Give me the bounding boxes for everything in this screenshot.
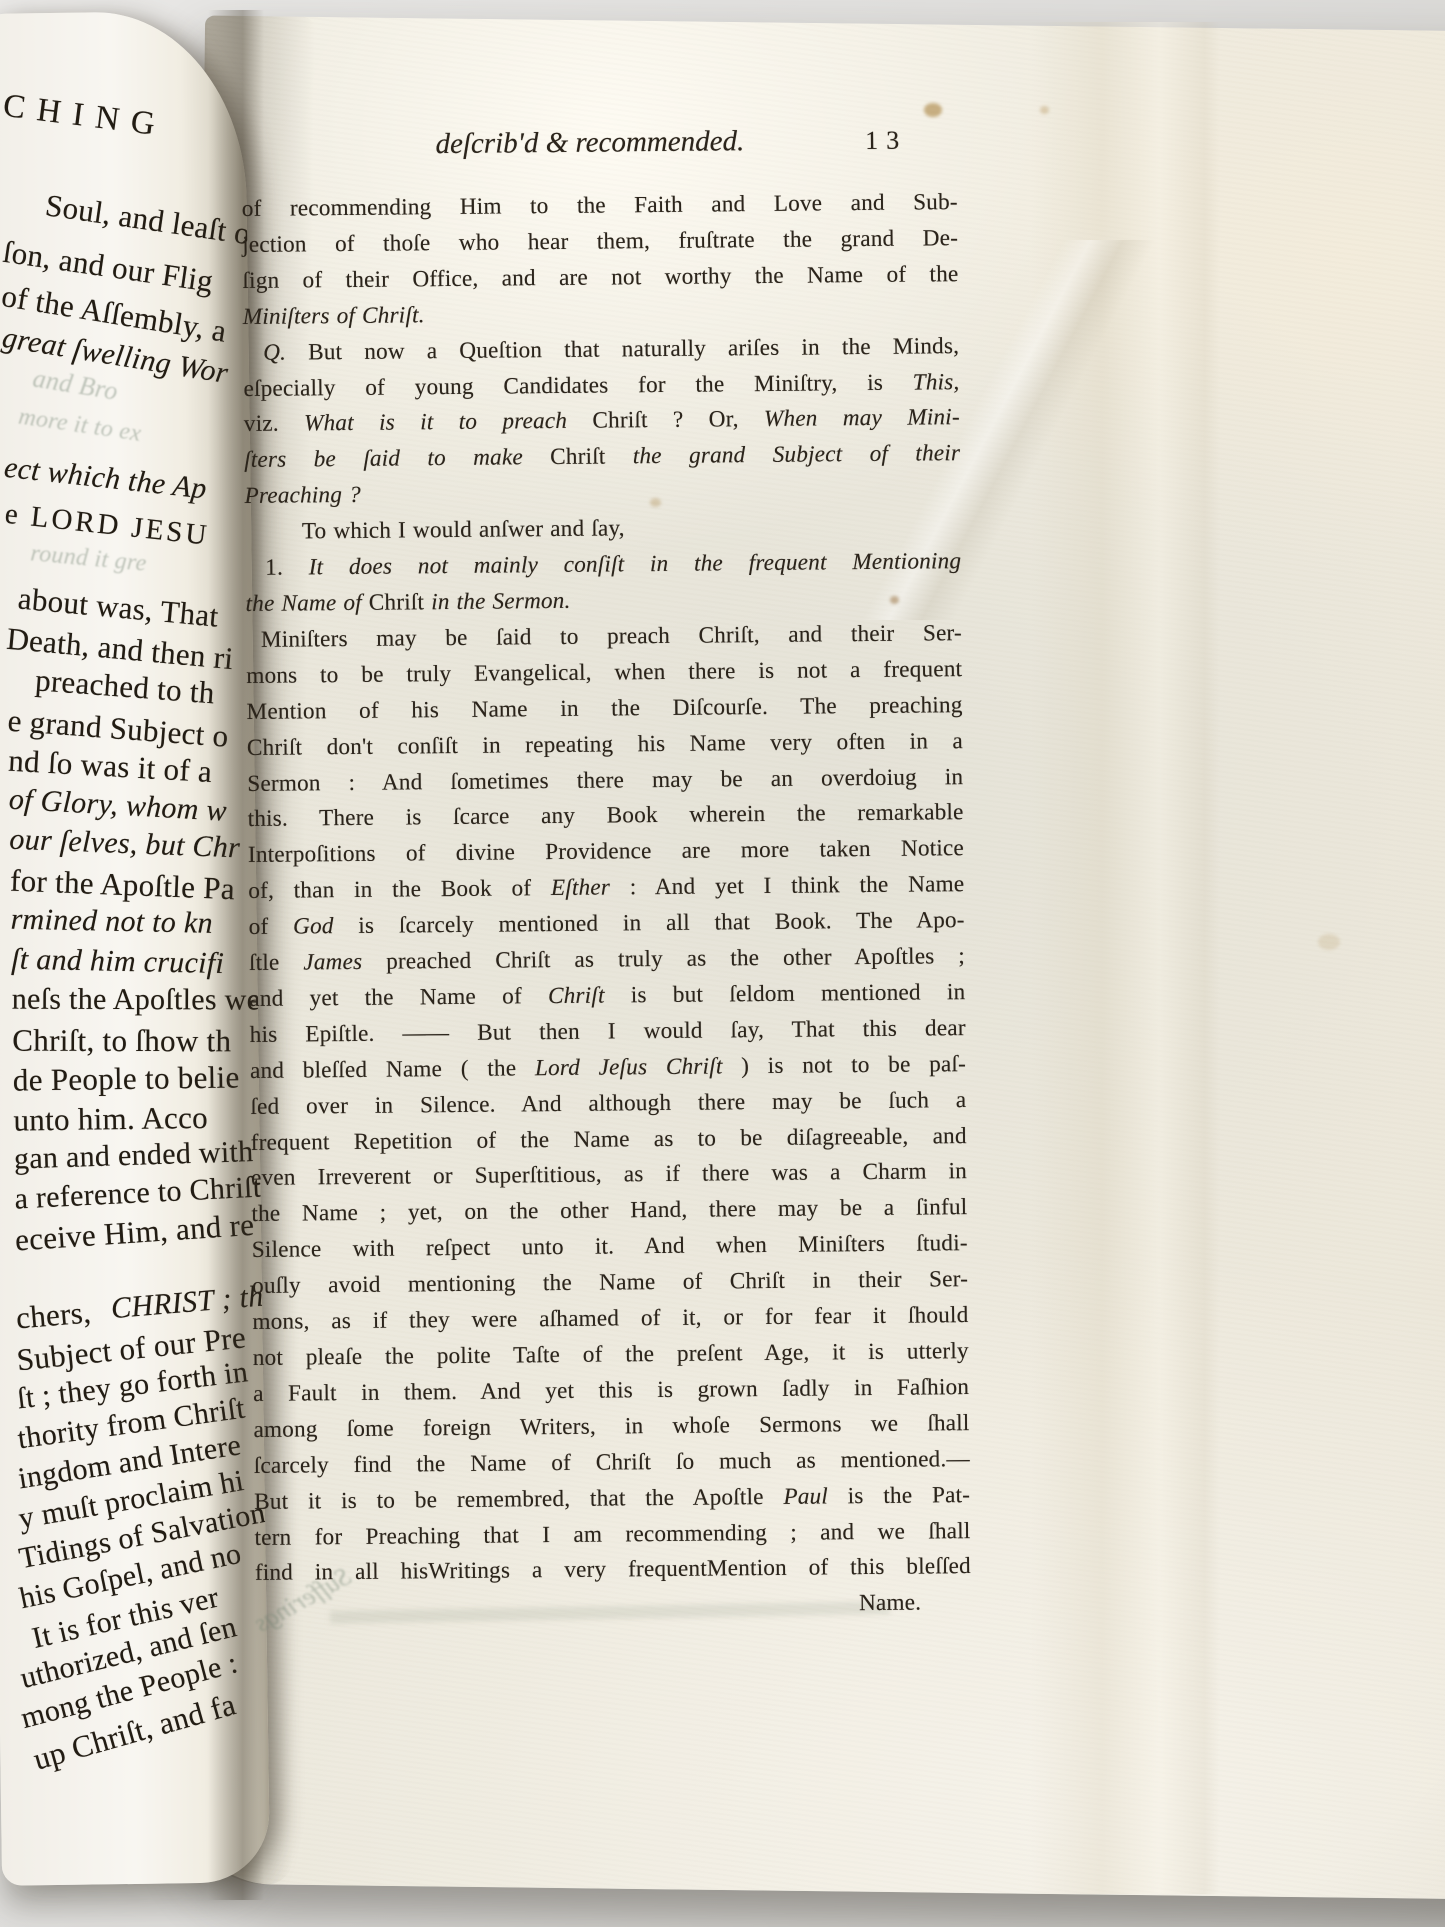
book-photo: CHINGSoul, and leaſt oſon, and our Fligo… — [0, 0, 1445, 1927]
left-page-text-fragment: unto him. Acco — [13, 1100, 208, 1139]
left-page-text-fragment: Chriſt, to ſhow th — [12, 1023, 231, 1060]
left-page-text-fragment: neſs the Apoſtles we — [12, 983, 261, 1018]
page-text-block: deſcrib'd & recommended. 13 of recommend… — [241, 121, 971, 1628]
text-line: ſters be ſaid to make Chriſt the grand S… — [244, 436, 960, 479]
text-line: Chriſt don't conſiſt in repeating his Na… — [247, 724, 963, 767]
left-page-text-fragment: more it to ex — [17, 404, 143, 448]
left-page-text-fragment: ſt and him crucifi — [11, 943, 225, 981]
text-line: Q. But now a Queſtion that naturally ari… — [243, 329, 959, 372]
left-page-text-fragment: CHING — [1, 88, 169, 145]
left-page-text-fragment: for the Apoſtle Pa — [9, 863, 235, 908]
text-line: ſign of their Office, and are not worthy… — [242, 257, 958, 300]
left-page-text-fragment: round it gre — [29, 540, 147, 577]
stain-spot — [924, 103, 942, 117]
left-page-text-fragment: de People to belie — [13, 1059, 240, 1098]
left-page-text-fragment: of Glory, whom w — [8, 783, 228, 829]
left-page-text-fragment: gan and ended with — [13, 1135, 253, 1177]
text-line: 1. It does not mainly conſiſt in the fre… — [245, 544, 961, 587]
page-header: deſcrib'd & recommended. 13 — [241, 121, 957, 180]
text-line: But it is to be remembred, that the Apoſ… — [254, 1478, 970, 1521]
left-page-text-fragment: chers, — [15, 1294, 93, 1336]
text-line: Name. — [255, 1585, 971, 1628]
left-page-text-fragment: rmined not to kn — [10, 903, 213, 941]
left-page-text-fragment: ect which the Ap — [3, 451, 209, 507]
stain-spot — [1318, 934, 1340, 950]
running-head: deſcrib'd & recommended. — [435, 125, 744, 161]
stain-spot — [1040, 106, 1049, 114]
page-number: 13 — [865, 126, 907, 156]
left-page-curled: CHINGSoul, and leaſt oſon, and our Fligo… — [0, 10, 270, 1886]
left-page-text-fragment: our ſelves, but Chr — [9, 823, 241, 866]
page-text: of recommending Him to the Faith and Lov… — [242, 185, 972, 1628]
left-page-text-fragment: Soul, and leaſt o — [43, 187, 253, 252]
